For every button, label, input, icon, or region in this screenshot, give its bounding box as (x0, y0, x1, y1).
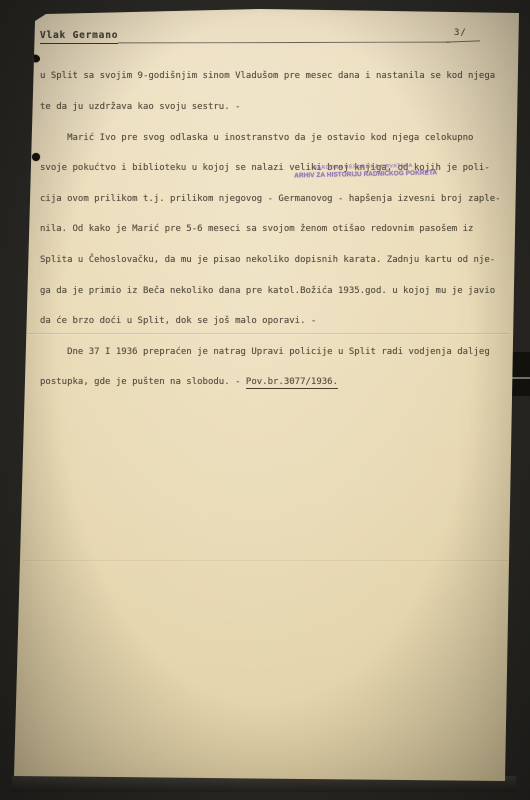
ink-dot-icon (32, 153, 40, 161)
text-line: da će brzo doći u Split, dok se još malo… (40, 316, 502, 326)
final-line-text: postupka, gde je pušten na slobodu. - (40, 377, 246, 387)
page-number: 3/ (454, 28, 467, 38)
fold-line (22, 560, 508, 561)
text-line: Dne 37 I 1936 prepraćen je natrag Upravi… (40, 347, 502, 357)
text-line: cija ovom prilikom t.j. prilikom njegovo… (40, 194, 502, 204)
reference-number: Pov.br.3077/1936. (246, 377, 338, 389)
header-rule (118, 42, 450, 44)
archive-stamp: NARODNA REPUBLIKA HRVATSKA ARHIV ZA HIST… (292, 163, 434, 180)
text-line: nila. Od kako je Marić pre 5-6 meseci sa… (40, 224, 502, 234)
text-line: te da ju uzdržava kao svoju sestru. - (40, 102, 502, 112)
document-body: u Split sa svojim 9-godišnjim sinom Vlad… (40, 51, 502, 408)
text-line: ga da je primio iz Beča nekoliko dana pr… (40, 286, 502, 296)
page-number-rule (446, 40, 480, 42)
text-line: Marić Ivo pre svog odlaska u inostranstv… (40, 133, 502, 143)
document-paper: Vlak Germano 3/ u Split sa svojim 9-godi… (0, 0, 530, 800)
text-line: u Split sa svojim 9-godišnjim sinom Vlad… (40, 71, 502, 81)
text-line: Splita u Čehoslovačku, da mu je pisao ne… (40, 255, 502, 265)
photo-background: Vlak Germano 3/ u Split sa svojim 9-godi… (0, 0, 530, 800)
text-line: postupka, gde je pušten na slobodu. - Po… (40, 377, 502, 387)
document-title: Vlak Germano (40, 30, 118, 44)
